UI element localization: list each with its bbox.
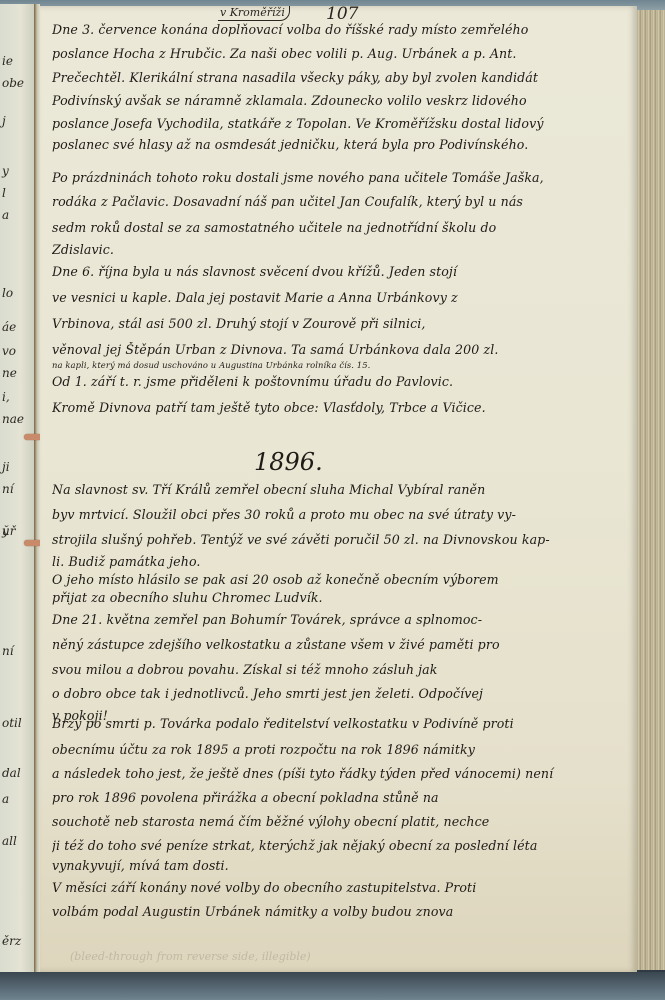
text-line: Vrbinova, stál asi 500 zl. Druhý stojí v…: [52, 316, 632, 331]
text-line: byv mrtvicí. Sloužil obci přes 30 roků a…: [52, 507, 632, 522]
text-line: Od 1. září t. r. jsme přiděleni k poštov…: [52, 374, 632, 389]
text-line: Na slavnost sv. Tří Králů zemřel obecní …: [52, 482, 632, 497]
left-page-fragment: otil: [2, 716, 22, 730]
left-page-fragment: ne: [2, 366, 17, 380]
left-page-fragment: all: [2, 834, 17, 848]
inserted-small-line: na kapli, který má dosud uschováno u Aug…: [52, 360, 632, 370]
text-line: Dne 21. května zemřel pan Bohumír Továre…: [52, 612, 632, 627]
page-edges: [637, 10, 665, 970]
text-line: souchotě neb starosta nemá čím běžné výl…: [52, 814, 632, 829]
background-bottom: [0, 972, 665, 1000]
text-line: V měsíci září konány nové volby do obecn…: [52, 880, 632, 895]
text-line: O jeho místo hlásilo se pak asi 20 osob …: [52, 572, 632, 587]
text-line: li. Budiž památka jeho.: [52, 554, 632, 569]
text-line: Dne 6. října byla u nás slavnost svěcení…: [52, 264, 632, 279]
text-line: strojila slušný pohřeb. Tentýž ve své zá…: [52, 532, 632, 547]
text-line: obecnímu účtu za rok 1895 a proti rozpoč…: [52, 742, 632, 757]
left-page-fragment: l: [2, 186, 6, 200]
left-page-fragment: j: [2, 114, 6, 128]
left-page-fragment: y: [2, 524, 9, 538]
left-page-fragment: i,: [2, 390, 10, 404]
text-line: Dne 3. července konána doplňovací volba …: [52, 22, 632, 37]
left-page-fragment: vo: [2, 344, 16, 358]
text-line: ve vesnici u kaple. Dala jej postavit Ma…: [52, 290, 632, 305]
header-place-note: v Kroměříži: [218, 6, 290, 21]
text-line: poslance Josefa Vychodila, statkáře z To…: [52, 116, 632, 131]
text-line: pro rok 1896 povolena přirážka a obecní …: [52, 790, 632, 805]
left-page-fragment: y: [2, 164, 9, 178]
text-line: Podivínský avšak se náramně zklamala. Zd…: [52, 93, 632, 108]
text-line: Kromě Divnova patří tam ještě tyto obce:…: [52, 400, 632, 415]
text-line: Po prázdninách tohoto roku dostali jsme …: [52, 170, 632, 185]
left-page-edge: ie obe j y l a lo áe vo ne i, nae ji ní …: [0, 4, 36, 972]
text-line: poslanec své hlasy až na osmdesát jednič…: [52, 137, 632, 152]
left-page-fragment: lo: [2, 286, 13, 300]
text-line: Brzy po smrti p. Továrka podalo ředitels…: [52, 716, 632, 731]
left-page-fragment: ěrz: [2, 934, 21, 948]
text-line: a následek toho jest, že ještě dnes (píš…: [52, 766, 632, 781]
text-line: přijat za obecního sluhu Chromec Ludvík.: [52, 590, 632, 605]
left-page-fragment: ji: [2, 460, 10, 474]
left-page-fragment: áe: [2, 320, 16, 334]
text-line: poslance Hocha z Hrubčic. Za naši obec v…: [52, 46, 632, 61]
left-page-fragment: obe: [2, 76, 24, 90]
text-line: svou milou a dobrou povahu. Získal si té…: [52, 662, 632, 677]
text-line: ji též do toho své peníze strkat, kterýc…: [52, 838, 632, 853]
text-line: rodáka z Pačlavic. Dosavadní náš pan uči…: [52, 194, 632, 209]
text-line: sedm roků dostal se za samostatného učit…: [52, 220, 632, 235]
left-page-fragment: ní: [2, 482, 14, 496]
text-line: vynakyvují, mívá tam dosti.: [52, 858, 632, 873]
left-page-fragment: a: [2, 792, 9, 806]
text-line: volbám podal Augustin Urbánek námitky a …: [52, 904, 632, 919]
page-number: 107: [326, 4, 358, 24]
text-line: Zdislavic.: [52, 242, 632, 257]
year-heading: 1896.: [254, 448, 323, 476]
left-page-fragment: nae: [2, 412, 24, 426]
left-page-fragment: dal: [2, 766, 21, 780]
text-line: o dobro obce tak i jednotlivců. Jeho smr…: [52, 686, 632, 701]
left-page-fragment: a: [2, 208, 9, 222]
bleed-through-text: (bleed-through from reverse side, illegi…: [70, 950, 311, 963]
text-line: Prečechtěl. Klerikální strana nasadila v…: [52, 70, 632, 85]
text-line: věnoval jej Štěpán Urban z Divnova. Ta s…: [52, 342, 632, 357]
text-line: něný zástupce zdejšího velkostatku a zůs…: [52, 637, 632, 652]
left-page-fragment: ní: [2, 644, 14, 658]
left-page-fragment: ie: [2, 54, 13, 68]
